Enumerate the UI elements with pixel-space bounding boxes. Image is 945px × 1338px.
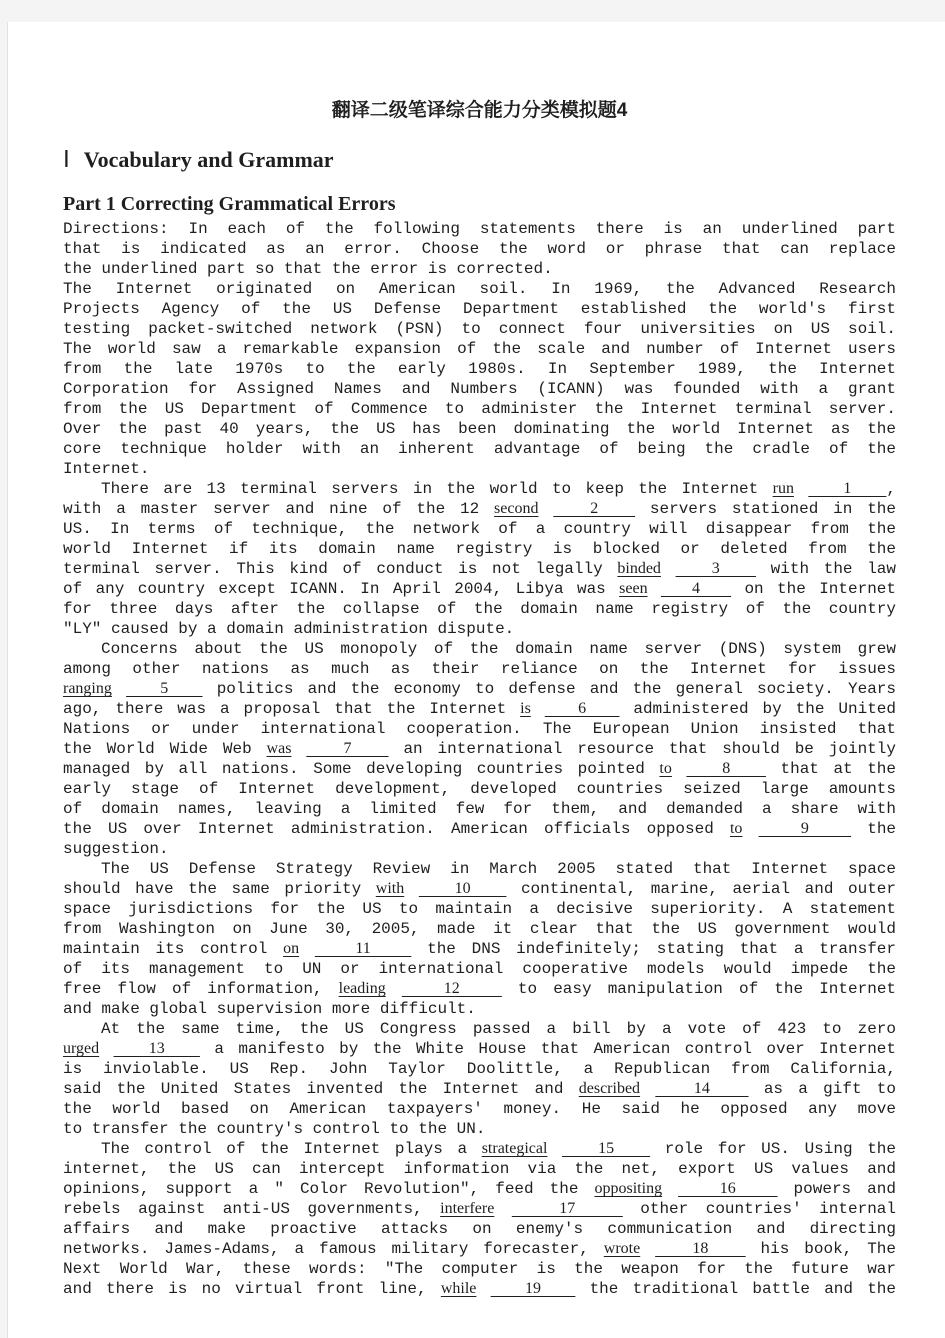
text-line: Nations or under international cooperati… — [63, 719, 896, 739]
underlined-word: interfere — [440, 1200, 494, 1217]
numbered-blank: 4 — [661, 580, 731, 597]
underlined-word: is — [520, 700, 531, 717]
text-line: that is indicated as an error. Choose th… — [63, 239, 896, 259]
text-line: ago, there was a proposal that the Inter… — [63, 699, 896, 719]
text-line: The US Defense Strategy Review in March … — [63, 859, 896, 879]
text-line: the world based on American taxpayers' m… — [63, 1099, 896, 1119]
underlined-word: described — [579, 1080, 640, 1097]
text-line: Projects Agency of the US Defense Depart… — [63, 299, 896, 319]
underlined-word: to — [659, 760, 671, 777]
underlined-word: wrote — [604, 1240, 640, 1257]
numbered-blank: 16 — [678, 1180, 777, 1197]
text-line: There are 13 terminal servers in the wor… — [63, 479, 896, 499]
underlined-word: with — [376, 880, 404, 897]
page-content: 翻译二级笔译综合能力分类模拟题4 ⅠVocabulary and Grammar… — [8, 22, 945, 1299]
numbered-blank: 8 — [686, 760, 766, 777]
text-line: from Washington on June 30, 2005, made i… — [63, 919, 896, 939]
underlined-word: second — [494, 500, 538, 517]
text-line: ranging 5 politics and the economy to de… — [63, 679, 896, 699]
text-line: The control of the Internet plays a stra… — [63, 1139, 896, 1159]
text-line: Next World War, these words: "The comput… — [63, 1259, 896, 1279]
underlined-word: seen — [619, 580, 647, 597]
numbered-blank: 13 — [114, 1040, 200, 1057]
text-line: free flow of information, leading 12 to … — [63, 979, 896, 999]
numbered-blank: 11 — [315, 940, 412, 957]
numbered-blank: 5 — [126, 680, 202, 697]
underlined-word: to — [730, 820, 742, 837]
text-line: networks. James-Adams, a famous military… — [63, 1239, 896, 1259]
section-label: Vocabulary and Grammar — [84, 147, 334, 172]
numbered-blank: 6 — [545, 700, 620, 717]
text-line: to transfer the country's control to the… — [63, 1119, 896, 1139]
text-line: the World Wide Web was 7 an internationa… — [63, 739, 896, 759]
text-line: The world saw a remarkable expansion of … — [63, 339, 896, 359]
text-line: from the US Department of Commence to ad… — [63, 399, 896, 419]
text-line: the US over Internet administration. Ame… — [63, 819, 896, 839]
text-line: affairs and make proactive attacks on en… — [63, 1219, 896, 1239]
text-line: is inviolable. US Rep. John Taylor Dooli… — [63, 1059, 896, 1079]
numbered-blank: 3 — [676, 560, 756, 577]
underlined-word: run — [773, 480, 794, 497]
numbered-blank: 19 — [491, 1280, 576, 1297]
underlined-word: while — [441, 1280, 477, 1297]
text-line: opinions, support a " Color Revolution",… — [63, 1179, 896, 1199]
text-line: internet, the US can intercept informati… — [63, 1159, 896, 1179]
text-line: the underlined part so that the error is… — [63, 259, 896, 279]
section-numeral: Ⅰ — [63, 147, 70, 172]
underlined-word: oppositing — [595, 1180, 663, 1197]
text-line: terminal server. This kind of conduct is… — [63, 559, 896, 579]
text-line: and make global supervision more difficu… — [63, 999, 896, 1019]
numbered-blank: 17 — [512, 1200, 623, 1217]
text-line: maintain its control on 11 the DNS indef… — [63, 939, 896, 959]
text-line: Over the past 40 years, the US has been … — [63, 419, 896, 439]
part-heading: Part 1 Correcting Grammatical Errors — [63, 192, 896, 216]
text-line: testing packet-switched network (PSN) to… — [63, 319, 896, 339]
numbered-blank: 12 — [402, 980, 502, 997]
text-line: with a master server and nine of the 12 … — [63, 499, 896, 519]
text-line: Internet. — [63, 459, 896, 479]
underlined-word: leading — [339, 980, 386, 997]
numbered-blank: 1 — [808, 480, 886, 497]
body-text: Directions: In each of the following sta… — [63, 219, 896, 1299]
numbered-blank: 14 — [655, 1080, 748, 1097]
underlined-word: binded — [617, 560, 661, 577]
text-line: world Internet if its domain name regist… — [63, 539, 896, 559]
text-line: The Internet originated on American soil… — [63, 279, 896, 299]
text-line: for three days after the collapse of the… — [63, 599, 896, 619]
text-line: of domain names, leaving a limited few f… — [63, 799, 896, 819]
underlined-word: was — [267, 740, 292, 757]
numbered-blank: 10 — [419, 880, 507, 897]
text-line: US. In terms of technique, the network o… — [63, 519, 896, 539]
text-line: of its management to UN or international… — [63, 959, 896, 979]
text-line: should have the same priority with 10 co… — [63, 879, 896, 899]
text-line: and there is no virtual front line, whil… — [63, 1279, 896, 1299]
doc-title: 翻译二级笔译综合能力分类模拟题4 — [63, 100, 896, 122]
text-line: of any country except ICANN. In April 20… — [63, 579, 896, 599]
text-line: space jurisdictions for the US to mainta… — [63, 899, 896, 919]
text-line: "LY" caused by a domain administration d… — [63, 619, 896, 639]
section-heading: ⅠVocabulary and Grammar — [63, 147, 896, 173]
underlined-word: ranging — [63, 680, 112, 697]
numbered-blank: 7 — [306, 740, 388, 757]
document-page: 翻译二级笔译综合能力分类模拟题4 ⅠVocabulary and Grammar… — [7, 22, 945, 1338]
underlined-word: strategical — [482, 1140, 548, 1157]
text-line: managed by all nations. Some developing … — [63, 759, 896, 779]
text-line: Concerns about the US monopoly of the do… — [63, 639, 896, 659]
text-line: suggestion. — [63, 839, 896, 859]
numbered-blank: 18 — [655, 1240, 746, 1257]
text-line: rebels against anti-US governments, inte… — [63, 1199, 896, 1219]
text-line: said the United States invented the Inte… — [63, 1079, 896, 1099]
text-line: core technique holder with an inherent a… — [63, 439, 896, 459]
underlined-word: on — [283, 940, 299, 957]
text-line: among other nations as much as their rel… — [63, 659, 896, 679]
numbered-blank: 2 — [553, 500, 635, 517]
text-line: Directions: In each of the following sta… — [63, 219, 896, 239]
screenshot-canvas: { "colors": { "canvas_bg": "#f4f4f4", "p… — [0, 0, 945, 1338]
numbered-blank: 15 — [562, 1140, 650, 1157]
underlined-word: urged — [63, 1040, 99, 1057]
numbered-blank: 9 — [759, 820, 851, 837]
text-line: from the late 1970s to the early 1980s. … — [63, 359, 896, 379]
text-line: early stage of Internet development, dev… — [63, 779, 896, 799]
text-line: At the same time, the US Congress passed… — [63, 1019, 896, 1039]
text-line: Corporation for Assigned Names and Numbe… — [63, 379, 896, 399]
text-line: urged 13 a manifesto by the White House … — [63, 1039, 896, 1059]
